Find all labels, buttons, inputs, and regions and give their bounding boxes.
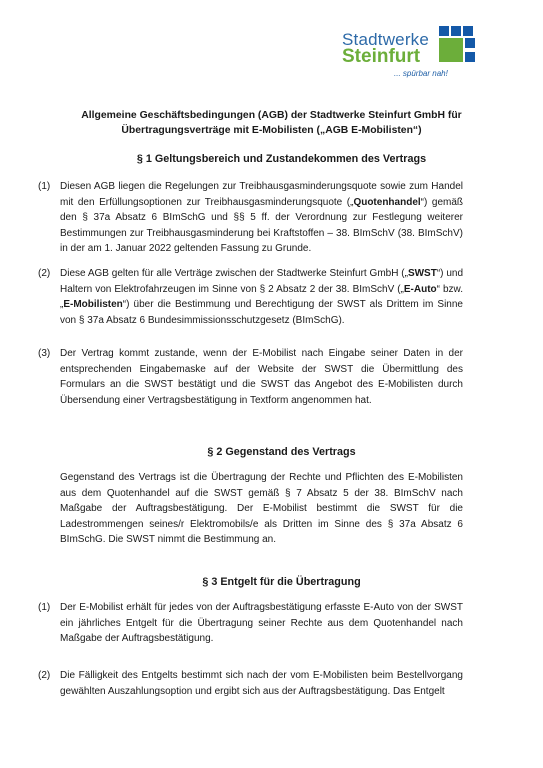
- title-line-2: Übertragungsverträge mit E-Mobilisten („…: [40, 123, 503, 138]
- paragraph-3-1: Der E-Mobilist erhält für jedes von der …: [60, 600, 463, 647]
- logo-text-steinfurt: Steinfurt: [342, 46, 420, 68]
- document-title: Allgemeine Geschäftsbedingungen (AGB) de…: [40, 108, 503, 138]
- logo-squares-icon: [439, 26, 483, 70]
- paragraph-1-1: Diesen AGB liegen die Regelungen zur Tre…: [60, 179, 463, 257]
- section-heading-1: § 1 Geltungsbereich und Zustandekommen d…: [60, 153, 503, 165]
- paragraph-number: (3): [38, 346, 50, 362]
- paragraph-number: (1): [38, 179, 50, 195]
- logo-tagline: ... spürbar nah!: [394, 69, 448, 78]
- company-logo: Stadtwerke Steinfurt ... spürbar nah!: [342, 26, 487, 84]
- paragraph-number: (1): [38, 600, 50, 616]
- title-line-1: Allgemeine Geschäftsbedingungen (AGB) de…: [40, 108, 503, 123]
- paragraph-number: (2): [38, 668, 50, 684]
- paragraph-2: Gegenstand des Vertrags ist die Übertrag…: [60, 470, 463, 548]
- paragraph-3-2: Die Fälligkeit des Entgelts bestimmt sic…: [60, 668, 463, 699]
- paragraph-1-3: Der Vertrag kommt zustande, wenn der E-M…: [60, 346, 463, 408]
- paragraph-number: (2): [38, 266, 50, 282]
- section-heading-2: § 2 Gegenstand des Vertrags: [60, 446, 503, 458]
- paragraph-1-2: Diese AGB gelten für alle Verträge zwisc…: [60, 266, 463, 328]
- section-heading-3: § 3 Entgelt für die Übertragung: [60, 576, 503, 588]
